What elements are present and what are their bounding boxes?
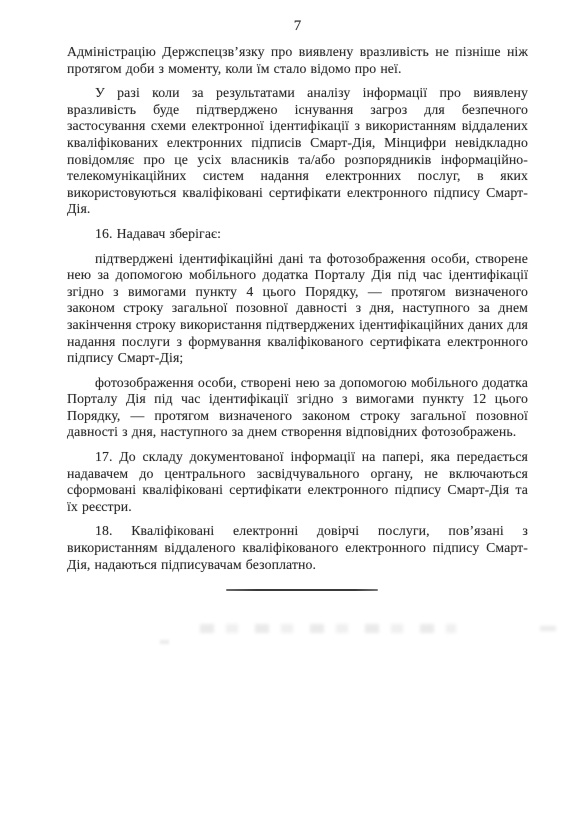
paragraph: підтверджені ідентифікаційні дані та фот…	[67, 251, 528, 367]
paragraph: фотозображення особи, створені нею за до…	[67, 375, 528, 441]
paragraph-point-17: 17. До складу документованої інформації …	[67, 449, 528, 515]
document-body: Адміністрацію Держспецзв’язку про виявле…	[67, 44, 528, 591]
document-page: 7 Адміністрацію Держспецзв’язку про вияв…	[0, 0, 586, 829]
paragraph-point-16: 16. Надавач зберігає:	[67, 226, 528, 243]
paragraph-point-18: 18. Кваліфіковані електронні довірчі пос…	[67, 523, 528, 573]
paragraph-continuation: Адміністрацію Держспецзв’язку про виявле…	[67, 44, 528, 77]
paragraph: У разі коли за результатами аналізу інфо…	[67, 85, 528, 218]
page-number: 7	[67, 17, 528, 35]
scan-artifact	[540, 626, 556, 631]
scan-artifact	[200, 624, 456, 633]
section-separator-line	[226, 589, 378, 591]
scan-artifact	[160, 640, 169, 644]
